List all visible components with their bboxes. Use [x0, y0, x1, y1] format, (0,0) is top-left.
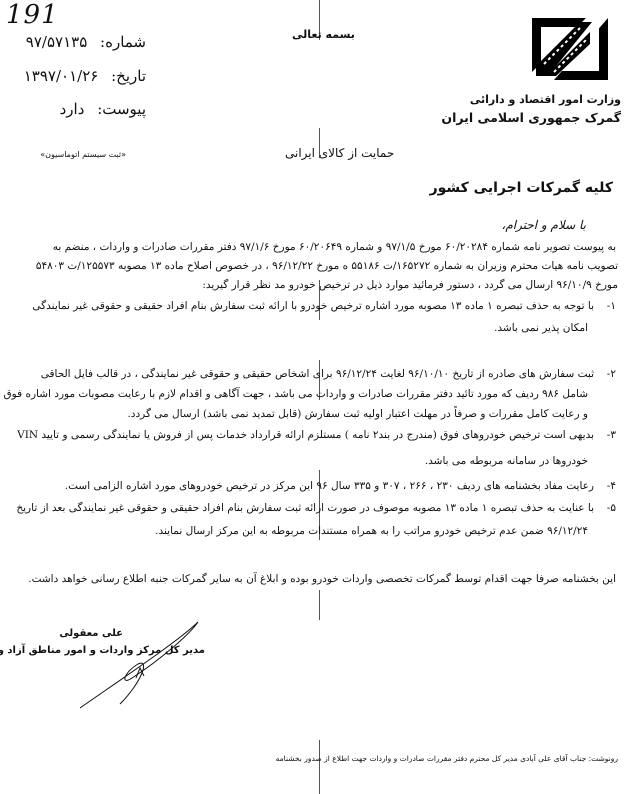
attachment-label: پیوست: — [97, 100, 146, 118]
attachment-value: دارد — [60, 100, 85, 118]
carbon-copy-note: رونوشت: جناب آقای علی آبادی مدیر کل محتر… — [276, 754, 618, 763]
agency-name: گمرک جمهوری اسلامی ایران — [441, 110, 621, 125]
automation-system-note: «ثبت سیستم اتوماسیون» — [40, 150, 126, 159]
fold-mark — [319, 590, 320, 620]
letter-date-value: ۱۳۹۷/۰۱/۲۶ — [24, 67, 99, 85]
item-number: ۲- — [594, 368, 616, 380]
item-2: ۲-ثبت سفارش های صادره از تاریخ ۹۶/۱۰/۱۰ … — [41, 368, 616, 380]
customs-logo-icon — [532, 18, 608, 80]
item-2-line: و رعایت کامل مقررات و صرفاً در مهلت اعتب… — [127, 408, 588, 420]
letter-date-label: تاریخ: — [111, 67, 146, 85]
attachment-row: پیوست: دارد — [60, 100, 146, 118]
letter-number-row: شماره: ۹۷/۵۷۱۳۵ — [26, 33, 146, 51]
item-2-line: شامل ۹۸۶ ردیف که مورد تائید دفتر مقررات … — [4, 388, 588, 400]
item-number: ۱- — [594, 300, 616, 312]
item-number: ۵- — [594, 502, 616, 514]
recipient: کلیه گمرکات اجرایی کشور — [430, 180, 613, 196]
intro-line: تصویب نامه هیات محترم وزیران به شماره ۱۶… — [36, 260, 618, 272]
closing-paragraph: این بخشنامه صرفا جهت اقدام توسط گمرکات ت… — [28, 573, 616, 585]
fold-mark — [319, 740, 320, 794]
intro-line: مورخ ۹۶/۱۰/۹ ارسال می گردد ، دستور فرمائ… — [202, 279, 618, 291]
item-5: ۵-با عنایت به حذف تبصره ۱ ماده ۱۳ مصوبه … — [16, 502, 616, 514]
basmala: بسمه تعالی — [292, 28, 355, 41]
item-5-line: ۹۶/۱۲/۲۴ ضمن عدم ترخیص خودرو مراتب را به… — [155, 525, 588, 537]
handwritten-number: 191 — [6, 0, 59, 30]
item-1-line: امکان پذیر نمی باشد. — [494, 322, 588, 334]
item-3: ۳-بدیهی است ترخیص خودروهای فوق (مندرج در… — [17, 429, 616, 441]
item-number: ۴- — [594, 480, 616, 492]
letter-date-row: تاریخ: ۱۳۹۷/۰۱/۲۶ — [24, 67, 146, 85]
greeting: با سلام و احترام، — [501, 218, 586, 232]
item-1: ۱-با توجه به حذف تبصره ۱ ماده ۱۳ مصوبه م… — [32, 300, 616, 312]
letter-number-label: شماره: — [100, 33, 146, 51]
item-4: ۴-رعایت مفاد بخشنامه های ردیف ۲۳۰ ، ۲۶۶ … — [65, 480, 616, 492]
letter-number-value: ۹۷/۵۷۱۳۵ — [26, 33, 87, 51]
intro-line: به پیوست تصویر نامه شماره ۶۰/۲۰۲۸۴ مورخ … — [53, 241, 616, 253]
ministry-name: وزارت امور اقتصاد و دارائی — [470, 93, 621, 106]
signature-scribble — [80, 620, 210, 710]
slogan: حمایت از کالای ایرانی — [285, 146, 394, 160]
item-number: ۳- — [594, 429, 616, 441]
item-3-line: خودروها در سامانه مربوطه می باشد. — [425, 455, 588, 467]
